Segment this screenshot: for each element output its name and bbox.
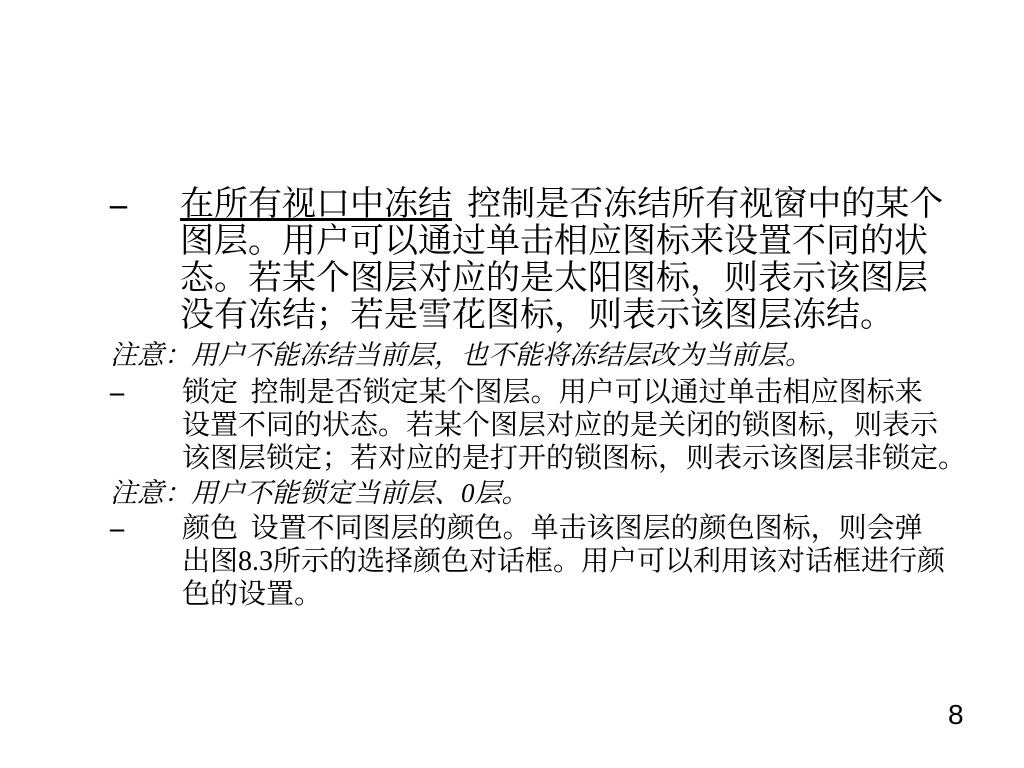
dash-bullet-marker: –: [110, 186, 180, 223]
page-number: 8: [948, 700, 964, 730]
bullet-term: 锁定: [182, 377, 238, 408]
bullet-color: – 颜色设置不同图层的颜色。单击该图层的颜色图标，则会弹 出图8.3所示的选择颜…: [110, 512, 1022, 611]
bullet-term-underlined: 在所有视口中冻结: [180, 186, 452, 223]
dash-bullet-marker: –: [110, 376, 182, 409]
bullet-text: 锁定控制是否锁定某个图层。用户可以通过单击相应图标来 设置不同的状态。若某个图层…: [182, 376, 1022, 475]
bullet-freeze-in-all-viewports: – 在所有视口中冻结控制是否冻结所有视窗中的某个 图层。用户可以通过单击相应图标…: [110, 186, 1022, 334]
dash-bullet-marker: –: [110, 512, 182, 545]
note-cannot-freeze-current-layer: 注意：用户不能冻结当前层，也不能将冻结层改为当前层。: [110, 339, 1022, 372]
bullet-text: 在所有视口中冻结控制是否冻结所有视窗中的某个 图层。用户可以通过单击相应图标来设…: [180, 186, 1022, 334]
bullet-text: 颜色设置不同图层的颜色。单击该图层的颜色图标，则会弹 出图8.3所示的选择颜色对…: [182, 512, 1022, 611]
slide-content: – 在所有视口中冻结控制是否冻结所有视窗中的某个 图层。用户可以通过单击相应图标…: [110, 186, 1022, 611]
bullet-description: 控制是否锁定某个图层。用户可以通过单击相应图标来 设置不同的状态。若某个图层对应…: [182, 377, 966, 474]
bullet-lock: – 锁定控制是否锁定某个图层。用户可以通过单击相应图标来 设置不同的状态。若某个…: [110, 376, 1022, 475]
slide: – 在所有视口中冻结控制是否冻结所有视窗中的某个 图层。用户可以通过单击相应图标…: [0, 0, 1024, 768]
bullet-term: 颜色: [182, 513, 238, 544]
bullet-description: 设置不同图层的颜色。单击该图层的颜色图标，则会弹 出图8.3所示的选择颜色对话框…: [182, 513, 945, 610]
note-cannot-lock-current-layer: 注意：用户不能锁定当前层、0层。: [110, 477, 1022, 510]
